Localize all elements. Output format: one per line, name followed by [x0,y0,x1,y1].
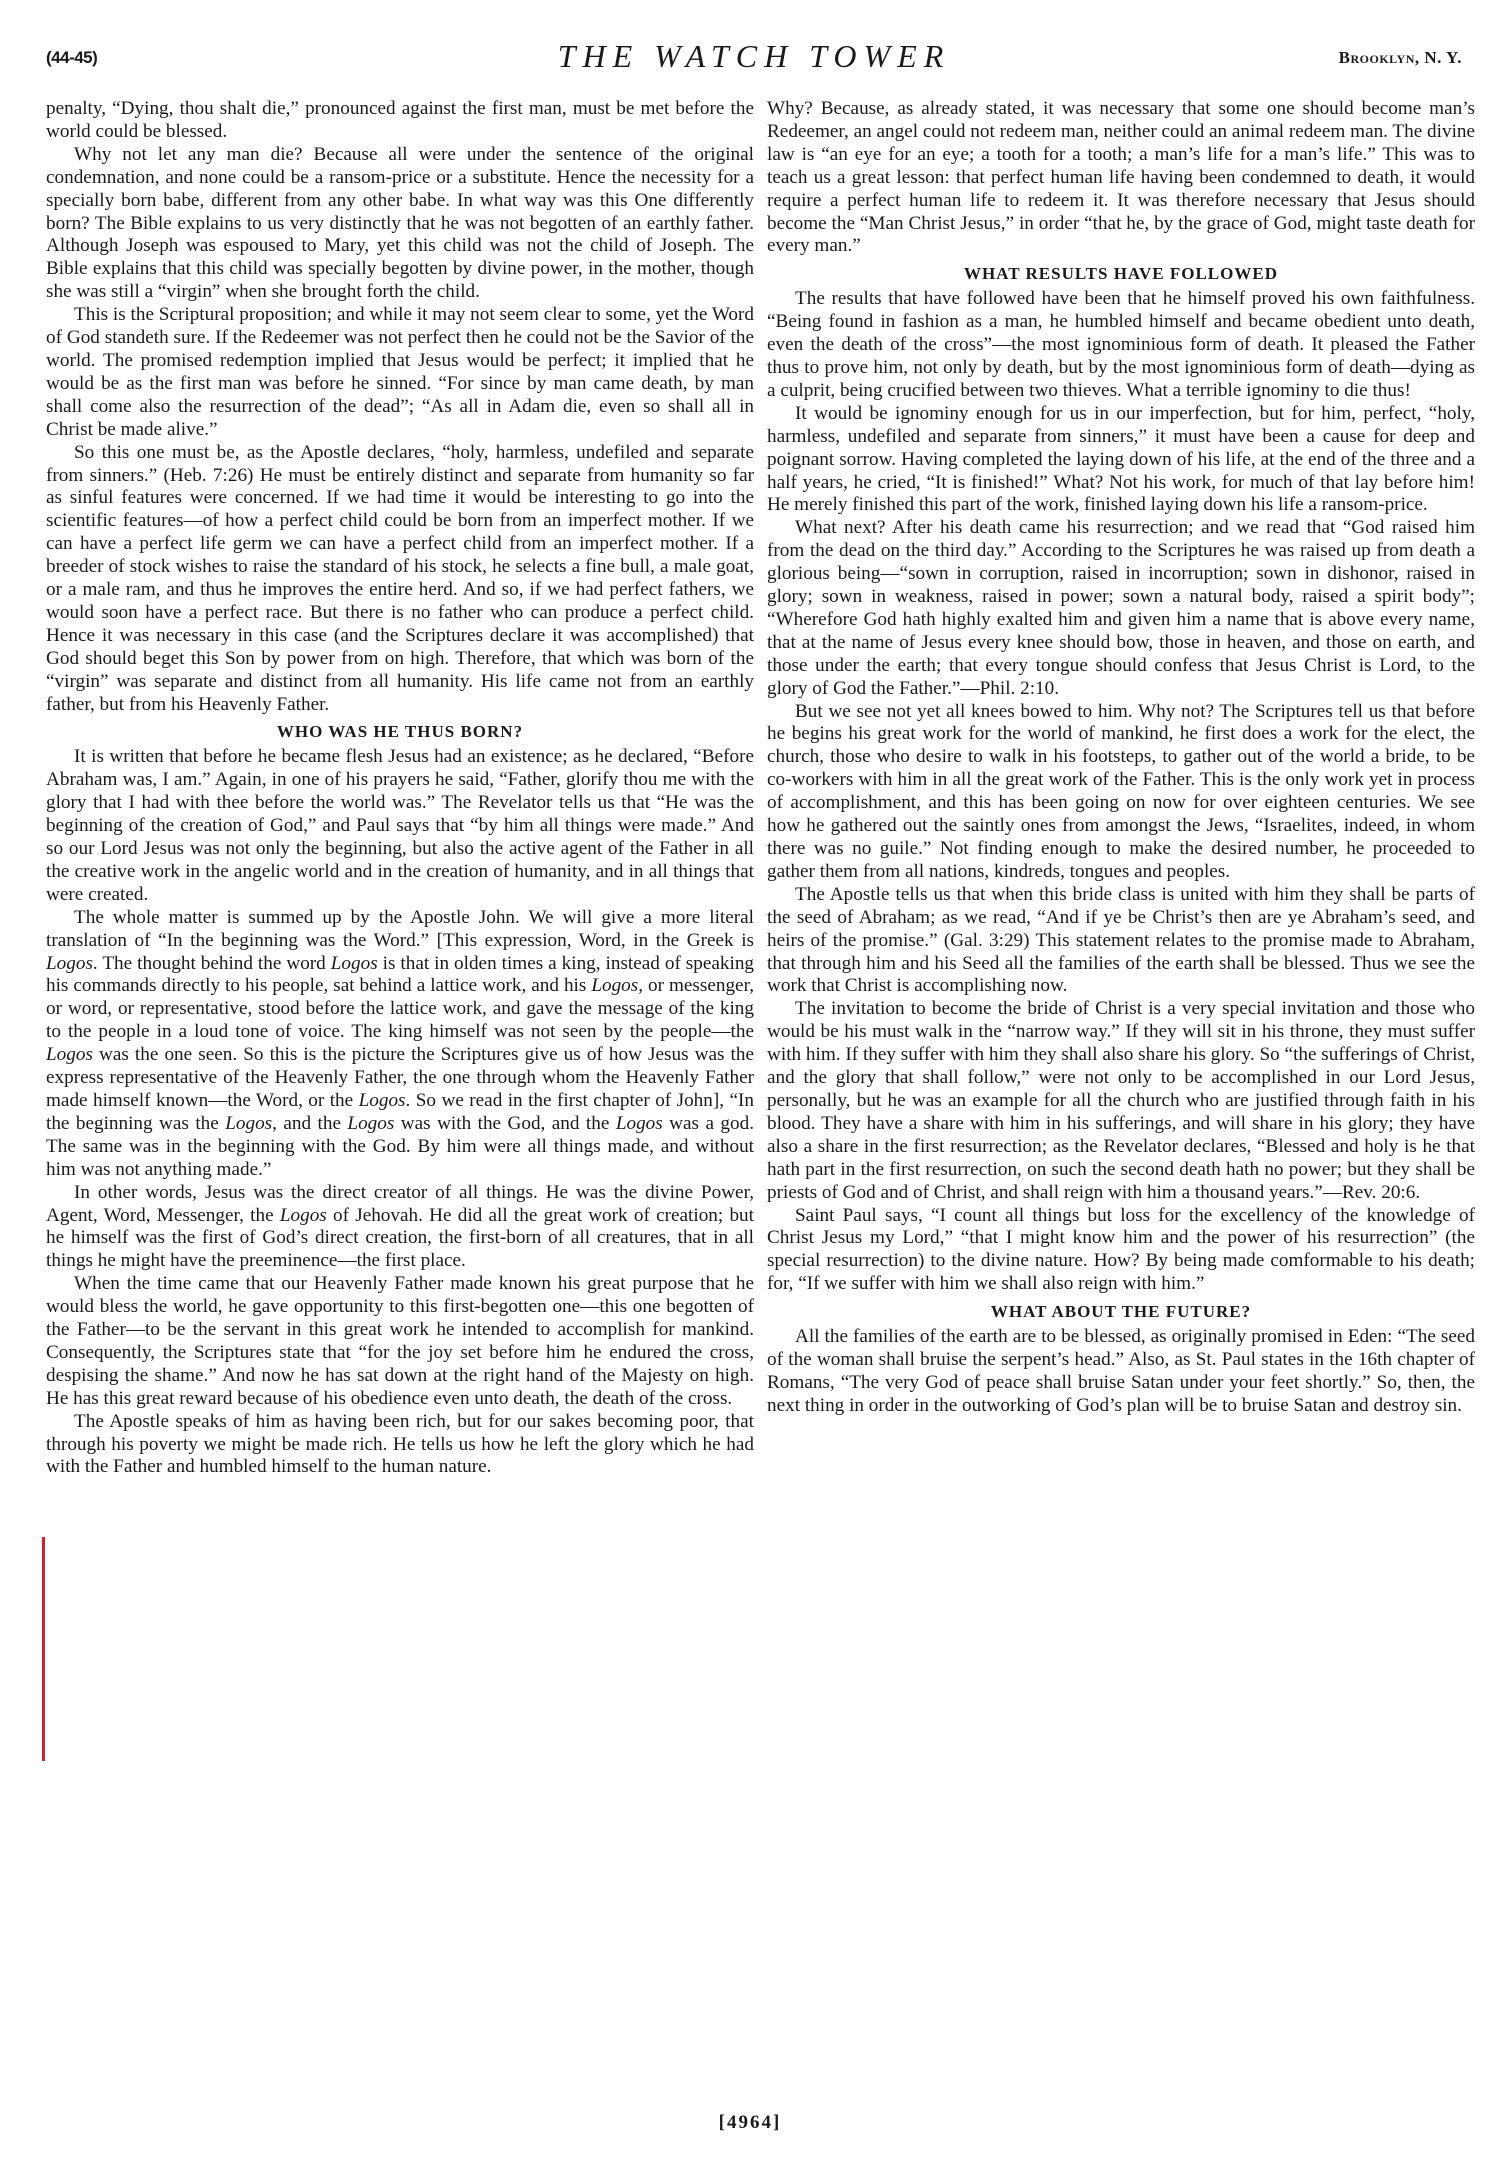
greek-term: Logos [280,1205,327,1226]
paragraph: All the families of the earth are to be … [767,1326,1475,1418]
page-header: (44-45) THE WATCH TOWER Brooklyn, N. Y. [46,38,1462,78]
right-column: Why? Because, as already stated, it was … [767,98,1475,1418]
publication-location: Brooklyn, N. Y. [1339,48,1462,68]
section-heading: WHO WAS HE THUS BORN? [46,721,754,744]
paragraph: The whole matter is summed up by the Apo… [46,907,754,1182]
paragraph: It would be ignominy enough for us in ou… [767,403,1475,518]
paragraph: Saint Paul says, “I count all things but… [767,1205,1475,1297]
paragraph: The Apostle speaks of him as having been… [46,1411,754,1480]
left-column: penalty, “Dying, thou shalt die,” pronou… [46,98,754,1479]
paragraph: It is written that before he became fles… [46,746,754,906]
greek-term: Logos [616,1113,663,1134]
paragraph: But we see not yet all knees bowed to hi… [767,701,1475,884]
paragraph: This is the Scriptural proposition; and … [46,304,754,441]
paragraph: What next? After his death came his resu… [767,517,1475,700]
greek-term: Logos [591,975,638,996]
greek-term: Logos [46,1044,93,1065]
paragraph: So this one must be, as the Apostle decl… [46,442,754,717]
paragraph: In other words, Jesus was the direct cre… [46,1182,754,1274]
paragraph: penalty, “Dying, thou shalt die,” pronou… [46,98,754,144]
greek-term: Logos [347,1113,394,1134]
greek-term: Logos [46,953,93,974]
greek-term: Logos [225,1113,272,1134]
section-heading: WHAT ABOUT THE FUTURE? [767,1301,1475,1324]
section-heading: WHAT RESULTS HAVE FOLLOWED [767,263,1475,286]
greek-term: Logos [331,953,378,974]
paragraph: The results that have followed have been… [767,288,1475,403]
margin-highlight-bar [42,1537,45,1761]
paragraph: When the time came that our Heavenly Fat… [46,1273,754,1410]
page-number: [4964] [0,2112,1500,2134]
paragraph: The Apostle tells us that when this brid… [767,884,1475,999]
greek-term: Logos [359,1090,406,1111]
paragraph: Why not let any man die? Because all wer… [46,144,754,304]
paragraph: The invitation to become the bride of Ch… [767,998,1475,1204]
publication-title: THE WATCH TOWER [46,38,1462,75]
paragraph: Why? Because, as already stated, it was … [767,98,1475,258]
